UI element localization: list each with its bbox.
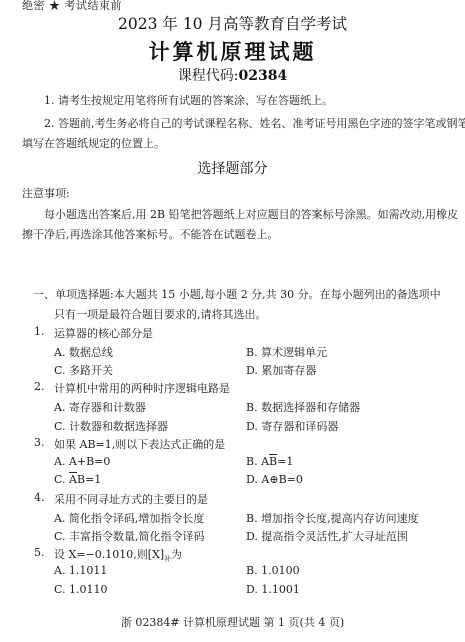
attention-label: 注意事项: xyxy=(22,185,70,201)
question-number: 1. xyxy=(34,325,45,338)
main-title: 计算机原理试题 xyxy=(0,36,465,66)
question-stem: 运算器的核心部分是 xyxy=(54,325,153,341)
exam-title: 2023 年 10 月高等教育自学考试 xyxy=(0,12,465,34)
question-number: 3. xyxy=(34,436,45,449)
instruction-1: 1. 请考生按规定用笔将所有试题的答案涂、写在答题纸上。 xyxy=(44,92,333,108)
course-code: 课程代码:02384 xyxy=(0,65,465,85)
question-stem: 计算机中常用的两种时序逻辑电路是 xyxy=(54,380,230,396)
option-a: A. 寄存器和计数器 xyxy=(54,399,146,415)
attention-line-2: 擦干净后,再选涂其他答案标号。不能答在试题卷上。 xyxy=(22,226,279,242)
part-one-heading: 一、单项选择题:本大题共 15 小题,每小题 2 分,共 30 分。在每小题列出… xyxy=(33,286,441,302)
option-b: B. 算术逻辑单元 xyxy=(246,344,327,360)
option-b: B. 1.0100 xyxy=(246,564,300,577)
option-b: B. 增加指令长度,提高内存访问速度 xyxy=(246,510,419,526)
option-a: A. A+B=0 xyxy=(54,455,110,468)
option-a: A. 1.1011 xyxy=(54,564,107,577)
option-d: D. 寄存器和译码器 xyxy=(246,418,338,434)
option-a: A. 数据总线 xyxy=(54,344,113,360)
question-stem: 采用不同寻址方式的主要目的是 xyxy=(54,491,208,507)
instruction-2-continued: 填写在答题纸规定的位置上。 xyxy=(22,135,165,151)
option-d: D. 提高指令灵活性,扩大寻址范围 xyxy=(246,528,408,544)
option-c: C. AB=1 xyxy=(54,473,101,486)
option-c: C. 丰富指令数量,简化指令译码 xyxy=(54,528,205,544)
instruction-2: 2. 答题前,考生务必将自己的考试课程名称、姓名、准考证号用黑色字迹的签字笔或钢… xyxy=(44,115,465,131)
option-b: B. AB=1 xyxy=(246,455,293,468)
question-stem: 设 X=−0.1010,则[X]补为 xyxy=(54,546,182,564)
option-d: D. 1.1001 xyxy=(246,583,300,596)
question-number: 5. xyxy=(34,546,45,559)
part-one-heading-continued: 只有一项是最符合题目要求的,请将其选出。 xyxy=(54,306,267,322)
option-c: C. 多路开关 xyxy=(54,362,113,378)
page-footer: 浙 02384# 计算机原理试题 第 1 页(共 4 页) xyxy=(0,614,465,630)
option-d: D. 累加寄存器 xyxy=(246,362,316,378)
option-b: B. 数据选择器和存储器 xyxy=(246,399,360,415)
option-d: D. A⊕B=0 xyxy=(246,473,303,486)
option-c: C. 1.0110 xyxy=(54,583,108,596)
question-number: 2. xyxy=(34,380,45,393)
course-code-value: 02384 xyxy=(239,68,288,84)
question-stem: 如果 AB=1,则以下表达式正确的是 xyxy=(54,436,225,452)
question-number: 4. xyxy=(34,491,45,504)
course-code-label: 课程代码: xyxy=(178,68,239,84)
attention-line-1: 每小题选出答案后,用 2B 铅笔把答题纸上对应题目的答案标号涂黑。如需改动,用橡… xyxy=(44,206,458,222)
option-a: A. 简化指令译码,增加指令长度 xyxy=(54,510,204,526)
option-c: C. 计数器和数据选择器 xyxy=(54,418,168,434)
section-title: 选择题部分 xyxy=(0,158,465,178)
